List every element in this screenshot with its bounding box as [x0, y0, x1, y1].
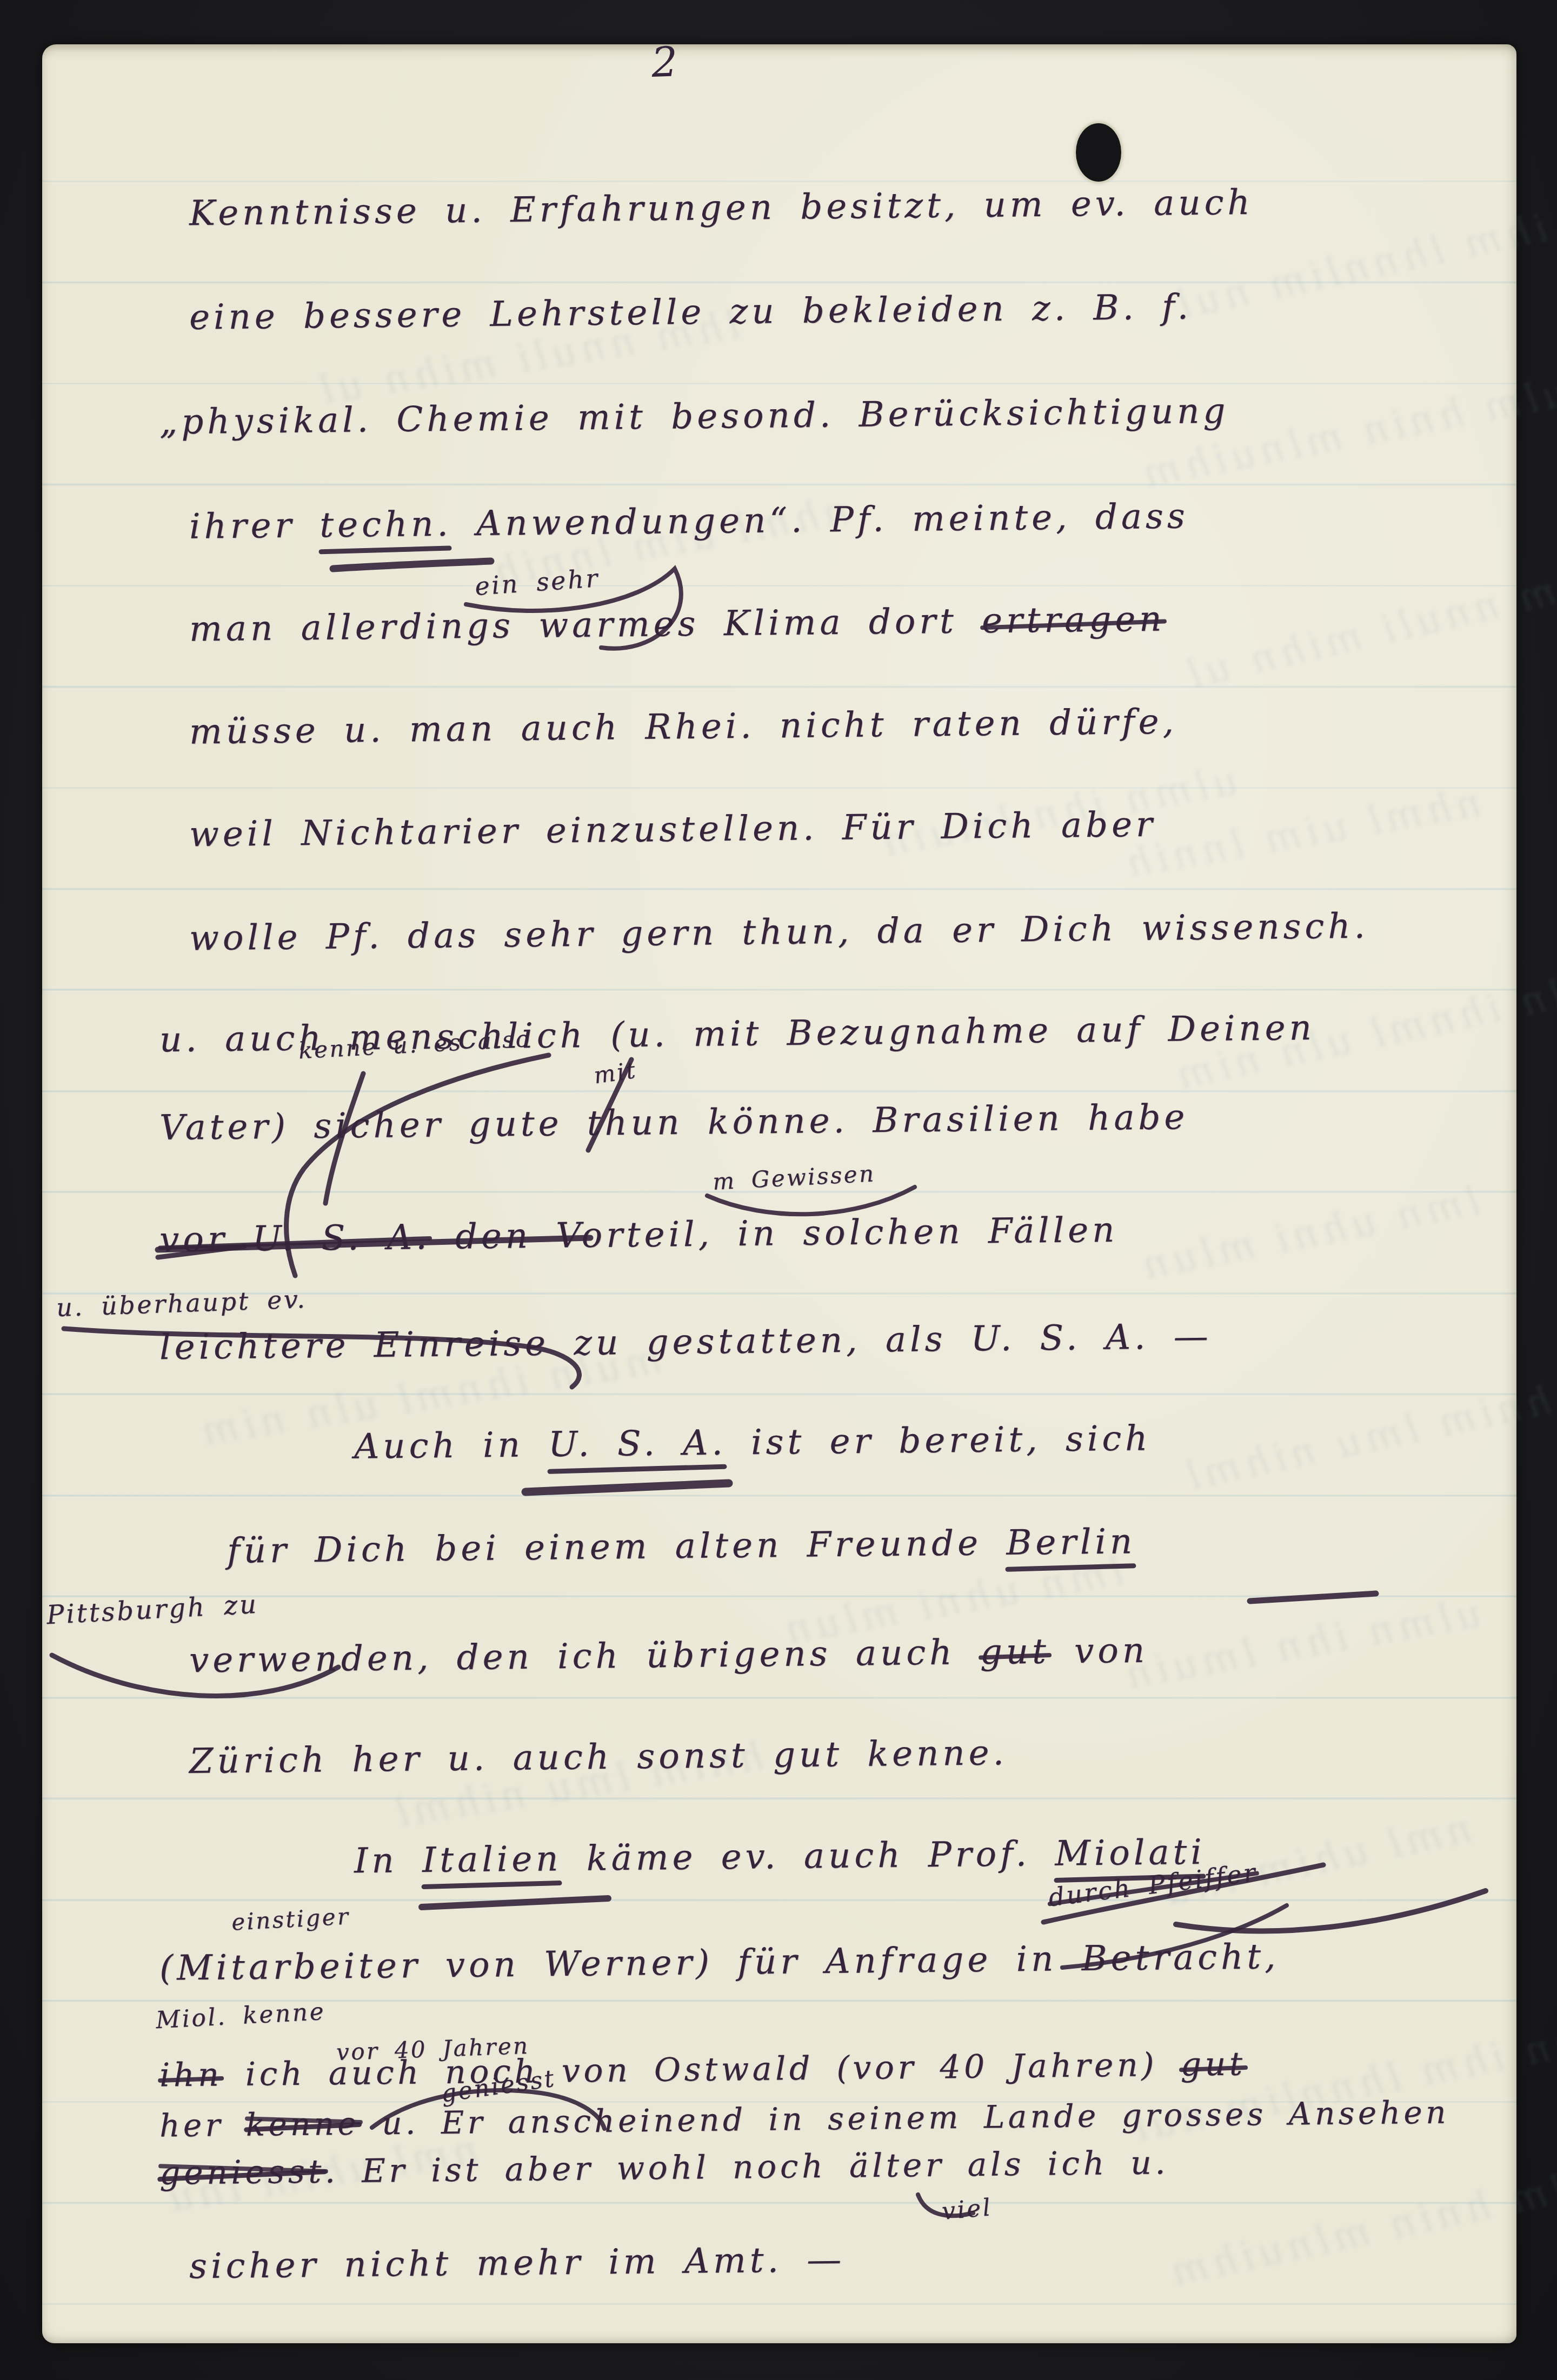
- punch-hole: [1076, 123, 1121, 182]
- page-number: 2: [650, 37, 682, 86]
- photo-backdrop: { "page": { "number": "2", "type": "hand…: [0, 0, 1557, 2380]
- manuscript-page: [42, 44, 1516, 2343]
